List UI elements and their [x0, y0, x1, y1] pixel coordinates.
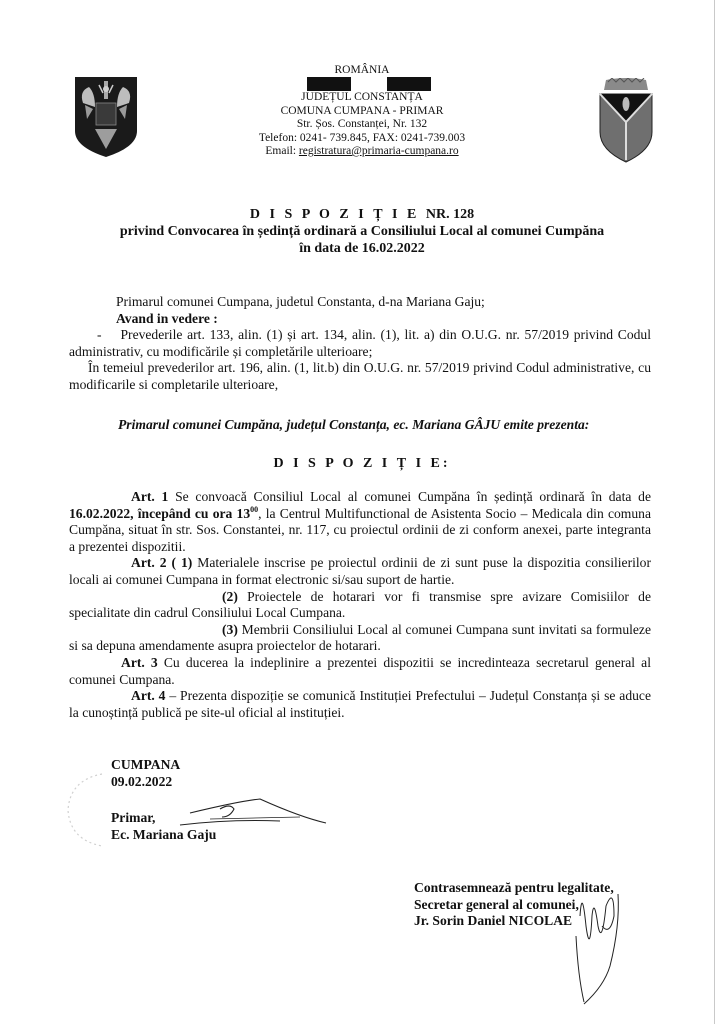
- article-label: Art. 4: [131, 688, 165, 703]
- redaction-block: [307, 77, 351, 91]
- article-label: Art. 1: [131, 489, 168, 504]
- article-2-para-2: (2) Proiectele de hotarari vor fi transm…: [69, 589, 651, 622]
- paragraph-label: (3): [222, 622, 238, 637]
- article-1: Art. 1 Se convoacă Consiliul Local al co…: [69, 489, 651, 555]
- article-4: Art. 4 – Prezenta dispoziție se comunică…: [69, 688, 651, 721]
- letterhead: ROMÂNIA JUDEȚUL CONSTANȚA COMUNA CUMPANA…: [200, 64, 524, 158]
- meeting-date-time: 16.02.2022, începând cu ora 13: [69, 506, 250, 521]
- title-date: în data de 16.02.2022: [60, 240, 664, 257]
- article-text: Membrii Consiliului Local al comunei Cum…: [69, 622, 651, 654]
- article-text: Se convoacă Consiliul Local al comunei C…: [168, 489, 651, 504]
- document-number: NR. 128: [426, 207, 474, 222]
- email-label: Email:: [265, 145, 299, 157]
- preamble-intro: Primarul comunei Cumpana, judetul Consta…: [69, 294, 651, 311]
- issuer-text: Primarul comunei Cumpăna, județul Consta…: [118, 417, 589, 432]
- email-line: Email: registratura@primaria-cumpana.ro: [200, 145, 524, 158]
- address: Str. Șos. Constanței, Nr. 132: [200, 118, 524, 131]
- preamble: Primarul comunei Cumpana, judetul Consta…: [69, 294, 651, 394]
- article-label: Art. 2: [131, 555, 167, 570]
- issuer-line: Primarul comunei Cumpăna, județul Consta…: [118, 417, 678, 434]
- time-minutes: 00: [250, 505, 258, 514]
- cumpana-coat-of-arms-icon: [596, 78, 656, 164]
- romania-coat-of-arms-icon: [73, 73, 139, 159]
- paragraph-label: ( 1): [167, 555, 193, 570]
- article-text: Proiectele de hotarari vor fi transmise …: [69, 589, 651, 621]
- article-2-para-1: Art. 2 ( 1) Materialele inscrise pe proi…: [69, 555, 651, 588]
- considering-label: Avand in vedere :: [69, 311, 651, 328]
- considering-item: - Prevederile art. 133, alin. (1) și art…: [69, 327, 651, 360]
- title-subject: privind Convocarea în ședință ordinară a…: [60, 223, 664, 240]
- title-heading: D I S P O Z I Ț I E NR. 128: [60, 206, 664, 223]
- article-label: Art. 3: [121, 655, 158, 670]
- redaction-block: [387, 77, 431, 91]
- document-title: D I S P O Z I Ț I E NR. 128 privind Conv…: [60, 206, 664, 257]
- county-name: JUDEȚUL CONSTANȚA: [200, 91, 524, 104]
- phone-fax: Telefon: 0241- 739.845, FAX: 0241-739.00…: [200, 132, 524, 145]
- articles: Art. 1 Se convoacă Consiliul Local al co…: [69, 489, 651, 721]
- redacted-area: [200, 77, 524, 91]
- place: CUMPANA: [111, 757, 216, 774]
- bullet-dash: -: [97, 327, 102, 342]
- decision-heading: D I S P O Z I Ț I E:: [60, 456, 664, 472]
- email-link[interactable]: registratura@primaria-cumpana.ro: [299, 145, 459, 157]
- legal-basis: În temeiul prevederilor art. 196, alin. …: [69, 360, 651, 393]
- country-name: ROMÂNIA: [200, 64, 524, 77]
- considering-text: Prevederile art. 133, alin. (1) și art. …: [69, 327, 651, 359]
- institution-name: COMUNA CUMPANA - PRIMAR: [200, 105, 524, 118]
- paragraph-label: (2): [222, 589, 238, 604]
- article-3: Art. 3 Cu ducerea la indeplinire a preze…: [69, 655, 651, 688]
- sign-date: 09.02.2022: [111, 774, 216, 791]
- article-2-para-3: (3) Membrii Consiliului Local al comunei…: [69, 622, 651, 655]
- page-edge-line: [714, 0, 715, 1024]
- title-word: D I S P O Z I Ț I E: [250, 207, 419, 222]
- mayor-signature-icon: [160, 795, 330, 835]
- secretary-signature-icon: [570, 876, 630, 1006]
